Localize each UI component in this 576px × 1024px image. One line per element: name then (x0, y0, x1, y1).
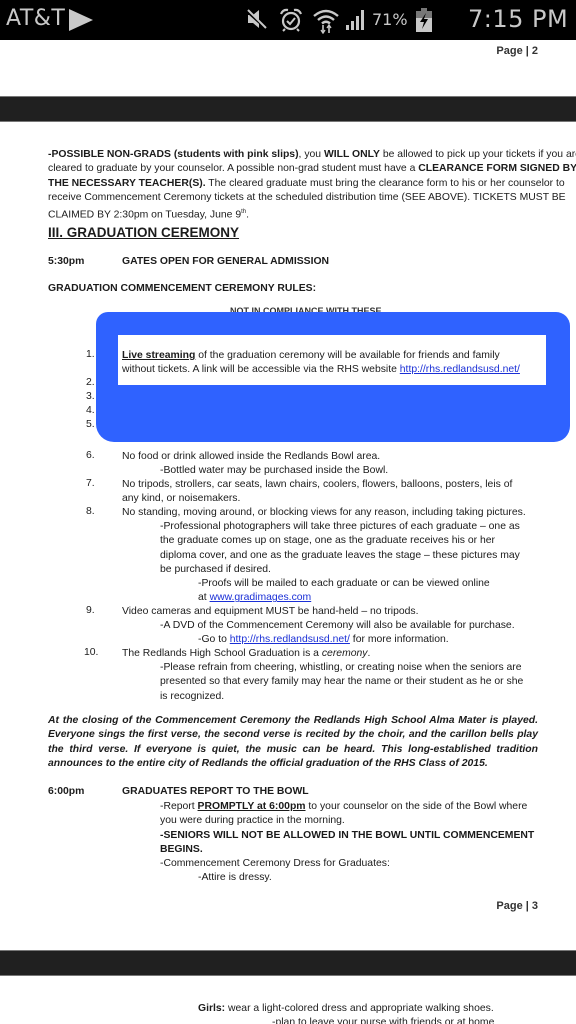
status-bar: AT&T 71% 7:15 PM (0, 0, 576, 40)
promptly-bold: PROMPTLY at 6:00pm (198, 801, 306, 812)
text: be purchased if desired. (160, 563, 520, 577)
rule-number: 1. (86, 349, 95, 360)
text: to your counselor on the side of the Bow… (306, 801, 528, 812)
text: be allowed to pick up your tickets if yo… (380, 149, 576, 160)
page-separator (0, 96, 576, 122)
rule-number: 6. (86, 450, 95, 461)
text: , you (299, 149, 324, 160)
rule-number: 8. (86, 506, 95, 517)
report-details: -Report PROMPTLY at 6:00pm to your couns… (160, 800, 534, 871)
teacher-bold: THE NECESSARY TEACHER(S). (48, 178, 206, 189)
page-number-2: Page | 2 (496, 45, 538, 57)
text: -Proofs will be mailed to each graduate … (198, 577, 490, 591)
rule-number: 5. (86, 419, 95, 430)
rule-number: 3. (86, 391, 95, 402)
rule-8-sub2: -Proofs will be mailed to each graduate … (198, 577, 490, 606)
page-separator (0, 950, 576, 976)
alarm-icon (279, 8, 303, 32)
text: No tripods, strollers, car seats, lawn c… (122, 478, 512, 492)
text: . (367, 648, 370, 659)
rule-number: 2. (86, 377, 95, 388)
text: -Go to (198, 634, 230, 645)
battery-percent: 71% (372, 10, 408, 29)
gates-time: 5:30pm (48, 256, 84, 267)
text: presented so that every family may hear … (160, 675, 523, 689)
girls-label: Girls: (198, 1003, 225, 1014)
text: diploma cover, and one as the graduate l… (160, 549, 520, 563)
rule-8-sub: -Professional photographers will take th… (160, 520, 520, 577)
rule-7: No tripods, strollers, car seats, lawn c… (122, 478, 512, 507)
text: wear a light-colored dress and appropria… (225, 1003, 494, 1014)
rule-9: Video cameras and equipment MUST be hand… (122, 605, 419, 619)
rhs-website-link[interactable]: http://rhs.redlandsusd.net/ (230, 634, 350, 645)
page-number-3: Page | 3 (496, 900, 538, 912)
rule-number: 9. (86, 605, 95, 616)
girls-dress-code: Girls: wear a light-colored dress and ap… (198, 1003, 494, 1014)
rule-6: No food or drink allowed inside the Redl… (122, 450, 380, 464)
rules-heading: GRADUATION COMMENCEMENT CEREMONY RULES: (48, 283, 316, 294)
text: -Professional photographers will take th… (160, 520, 520, 534)
ceremony-italic: ceremony (322, 648, 368, 659)
wifi-icon (313, 8, 339, 34)
gates-text: GATES OPEN FOR GENERAL ADMISSION (122, 256, 329, 267)
non-grads-paragraph: -POSSIBLE NON-GRADS (students with pink … (48, 148, 548, 223)
will-only-bold: WILL ONLY (324, 149, 380, 160)
gradimages-link[interactable]: www.gradimages.com (210, 592, 312, 603)
text: of the graduation ceremony will be avail… (195, 350, 499, 361)
rule-10-sub: -Please refrain from cheering, whistling… (160, 661, 523, 704)
clock: 7:15 PM (468, 5, 568, 33)
attire-text: -Attire is dressy. (198, 871, 272, 885)
rhs-website-link[interactable]: http://rhs.redlandsusd.net/ (400, 364, 520, 375)
text: The cleared graduate must bring the clea… (206, 178, 565, 189)
mute-icon (246, 8, 268, 30)
text: is recognized. (160, 690, 523, 704)
clearance-form-bold: CLEARANCE FORM SIGNED BY (418, 163, 576, 174)
rule-1: Live streaming of the graduation ceremon… (122, 349, 520, 378)
live-streaming-label: Live streaming (122, 350, 195, 361)
text: without tickets. A link will be accessib… (122, 364, 400, 375)
text: -Commencement Ceremony Dress for Graduat… (160, 857, 534, 871)
play-store-notification-icon (69, 9, 93, 31)
text: . (246, 210, 249, 221)
signal-icon (344, 8, 366, 30)
closing-paragraph: At the closing of the Commencement Cerem… (48, 714, 538, 771)
text: The Redlands High School Graduation is a (122, 648, 322, 659)
report-title: GRADUATES REPORT TO THE BOWL (122, 786, 309, 797)
non-grads-bold: -POSSIBLE NON-GRADS (students with pink … (48, 149, 299, 160)
report-time: 6:00pm (48, 786, 84, 797)
rule-9-sub: -A DVD of the Commencement Ceremony will… (160, 619, 515, 633)
text: for more information. (350, 634, 449, 645)
rule-number: 10. (84, 647, 98, 658)
girls-sub: -plan to leave your purse with friends o… (272, 1017, 494, 1024)
text: -Report (160, 801, 198, 812)
text: cleared to graduate by your counselor. A… (48, 163, 418, 174)
seniors-warning: -SENIORS WILL NOT BE ALLOWED IN THE BOWL… (160, 829, 534, 843)
battery-charging-icon (416, 8, 432, 32)
text: any kind, or noisemakers. (122, 492, 512, 506)
section-heading: III. GRADUATION CEREMONY (48, 225, 239, 240)
carrier-label: AT&T (6, 6, 65, 31)
text: you were during practice in the morning. (160, 814, 534, 828)
rule-9-sub2: -Go to http://rhs.redlandsusd.net/ for m… (198, 633, 449, 647)
rule-8: No standing, moving around, or blocking … (122, 506, 526, 520)
rule-10: The Redlands High School Graduation is a… (122, 647, 370, 661)
rule-number: 7. (86, 478, 95, 489)
text: CLAIMED BY 2:30pm on Tuesday, June 9 (48, 210, 241, 221)
text: receive Commencement Ceremony tickets at… (48, 191, 548, 205)
text: -Please refrain from cheering, whistling… (160, 661, 523, 675)
rule-6-sub: -Bottled water may be purchased inside t… (160, 464, 388, 478)
text: at (198, 592, 210, 603)
text: the graduate comes up on stage, one as t… (160, 534, 520, 548)
seniors-warning: BEGINS. (160, 843, 534, 857)
rule-number: 4. (86, 405, 95, 416)
